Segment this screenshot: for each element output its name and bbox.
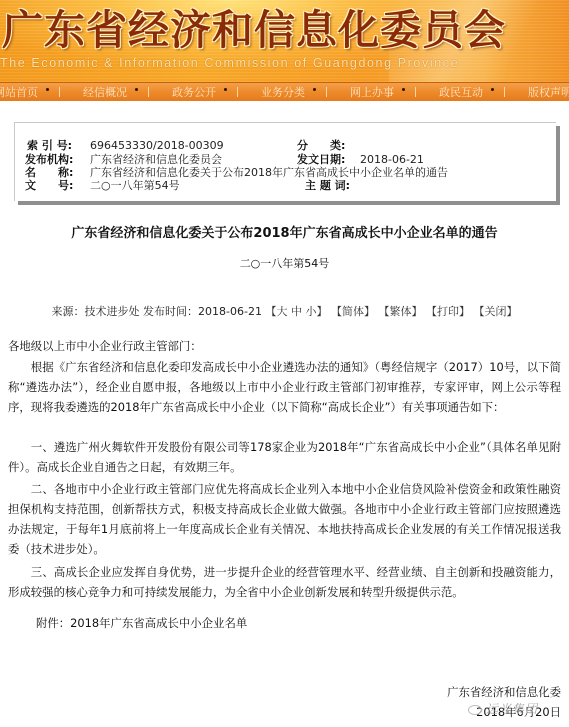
nav-divider — [237, 87, 238, 97]
nav-item-online-services[interactable]: 网上办事 — [350, 84, 416, 100]
article-paragraph-3: 三、高成长企业应发挥自身优势，进一步提升企业的经营管理水平、经营业绩、自主创新和… — [8, 562, 561, 602]
bullet-icon — [135, 88, 138, 91]
document-info-box: 索 引 号: 696453330/2018-00309 分 类: 发布机构: 广… — [14, 122, 556, 201]
bracket: 】 — [411, 305, 422, 318]
bullet-icon — [491, 88, 494, 91]
print-link[interactable]: 打印 — [437, 305, 459, 318]
bracket: 】 — [316, 305, 327, 318]
nav-divider — [415, 87, 416, 97]
bracket: 】 — [364, 305, 375, 318]
wechat-icon — [468, 705, 482, 715]
main-nav: 网站首页 经信概况 政务公开 业务分类 网上办事 政民互动 版权声明 — [0, 82, 569, 101]
keywords-label: 主 题 词: — [305, 179, 350, 193]
nav-label[interactable]: 经信概况 — [83, 84, 127, 100]
bracket: 】 — [506, 305, 517, 318]
bullet-icon — [224, 88, 227, 91]
publisher-label: 发布机构: — [25, 153, 73, 167]
index-label: 索 引 号: — [27, 139, 72, 153]
font-size-small-link[interactable]: 小 — [305, 305, 316, 318]
bracket: 【 — [265, 305, 276, 318]
publish-time-label: 发布时间： — [143, 305, 198, 318]
simplified-chinese-link[interactable]: 简体 — [342, 305, 364, 318]
article-paragraph-1: 一、遴选广州火舞软件开发股份有限公司等178家企业为2018年“广东省高成长中小… — [8, 437, 561, 477]
article-salutation: 各地级以上市中小企业行政主管部门： — [8, 336, 561, 356]
nav-divider — [326, 87, 327, 97]
article-title: 广东省经济和信息化委关于公布2018年广东省高成长中小企业名单的通告 — [0, 222, 569, 241]
traditional-chinese-link[interactable]: 繁体 — [389, 305, 411, 318]
nav-label[interactable]: 业务分类 — [261, 84, 305, 100]
source-value: 技术进步处 — [85, 305, 140, 318]
bracket: 【 — [473, 305, 484, 318]
publisher-value: 广东省经济和信息化委员会 — [90, 153, 222, 167]
font-size-medium-link[interactable]: 中 — [291, 305, 302, 318]
article-paragraph-intro: 根据《广东省经济和信息化委印发高成长中小企业遴选办法的通知》（粤经信规字（201… — [8, 357, 561, 417]
bracket: 【 — [426, 305, 437, 318]
nav-divider — [59, 87, 60, 97]
article-paragraph-2: 二、各地市中小企业行政主管部门应优先将高成长企业列入本地中小企业信贷风险补偿资金… — [8, 479, 561, 559]
attachment-line[interactable]: 附件：2018年广东省高成长中小企业名单 — [36, 615, 247, 631]
close-link[interactable]: 关闭 — [484, 305, 506, 318]
bullet-icon — [313, 88, 316, 91]
font-size-large-link[interactable]: 大 — [276, 305, 287, 318]
watermark-text: 远光集团 — [486, 702, 538, 716]
source-label: 来源： — [52, 305, 85, 318]
nav-label[interactable]: 网站首页 — [0, 84, 38, 100]
bullet-icon — [46, 88, 49, 91]
name-value: 广东省经济和信息化委关于公布2018年广东省高成长中小企业名单的通告 — [90, 166, 448, 180]
nav-item-home[interactable]: 网站首页 — [0, 84, 60, 100]
bracket: 【 — [378, 305, 389, 318]
nav-label[interactable]: 政务公开 — [172, 84, 216, 100]
publish-time-value: 2018-06-21 — [198, 305, 262, 318]
nav-label[interactable]: 版权声明 — [528, 84, 569, 100]
nav-divider — [148, 87, 149, 97]
issue-date-value: 2018-06-21 — [360, 153, 424, 167]
signature-org: 广东省经济和信息化委 — [447, 682, 561, 702]
index-value: 696453330/2018-00309 — [90, 139, 224, 153]
site-banner: 广东省经济和信息化委员会 The Economic & Information … — [0, 0, 569, 82]
nav-label[interactable]: 网上办事 — [350, 84, 394, 100]
doc-no-label: 文 号: — [25, 179, 73, 193]
bracket: 【 — [331, 305, 342, 318]
bullet-icon — [402, 88, 405, 91]
name-label: 名 称: — [25, 166, 73, 180]
nav-label[interactable]: 政民互动 — [439, 84, 483, 100]
nav-item-interaction[interactable]: 政民互动 — [439, 84, 505, 100]
bracket: 】 — [459, 305, 470, 318]
site-subtitle: The Economic & Information Commission of… — [0, 56, 459, 70]
article-doc-number: 二○一八年第54号 — [0, 255, 569, 271]
doc-no-value: 二○一八年第54号 — [90, 179, 180, 193]
issue-date-label: 发文日期: — [297, 153, 345, 167]
nav-divider — [504, 87, 505, 97]
nav-item-gov-affairs[interactable]: 政务公开 — [172, 84, 238, 100]
article-meta: 来源：技术进步处 发布时间：2018-06-21 【大 中 小】 【简体】 【繁… — [0, 303, 569, 319]
nav-item-business[interactable]: 业务分类 — [261, 84, 327, 100]
site-title: 广东省经济和信息化委员会 — [2, 6, 506, 54]
category-label: 分 类: — [297, 139, 345, 153]
nav-item-copyright[interactable]: 版权声明 — [528, 84, 569, 100]
nav-item-overview[interactable]: 经信概况 — [83, 84, 149, 100]
watermark: 远光集团 — [468, 700, 538, 717]
